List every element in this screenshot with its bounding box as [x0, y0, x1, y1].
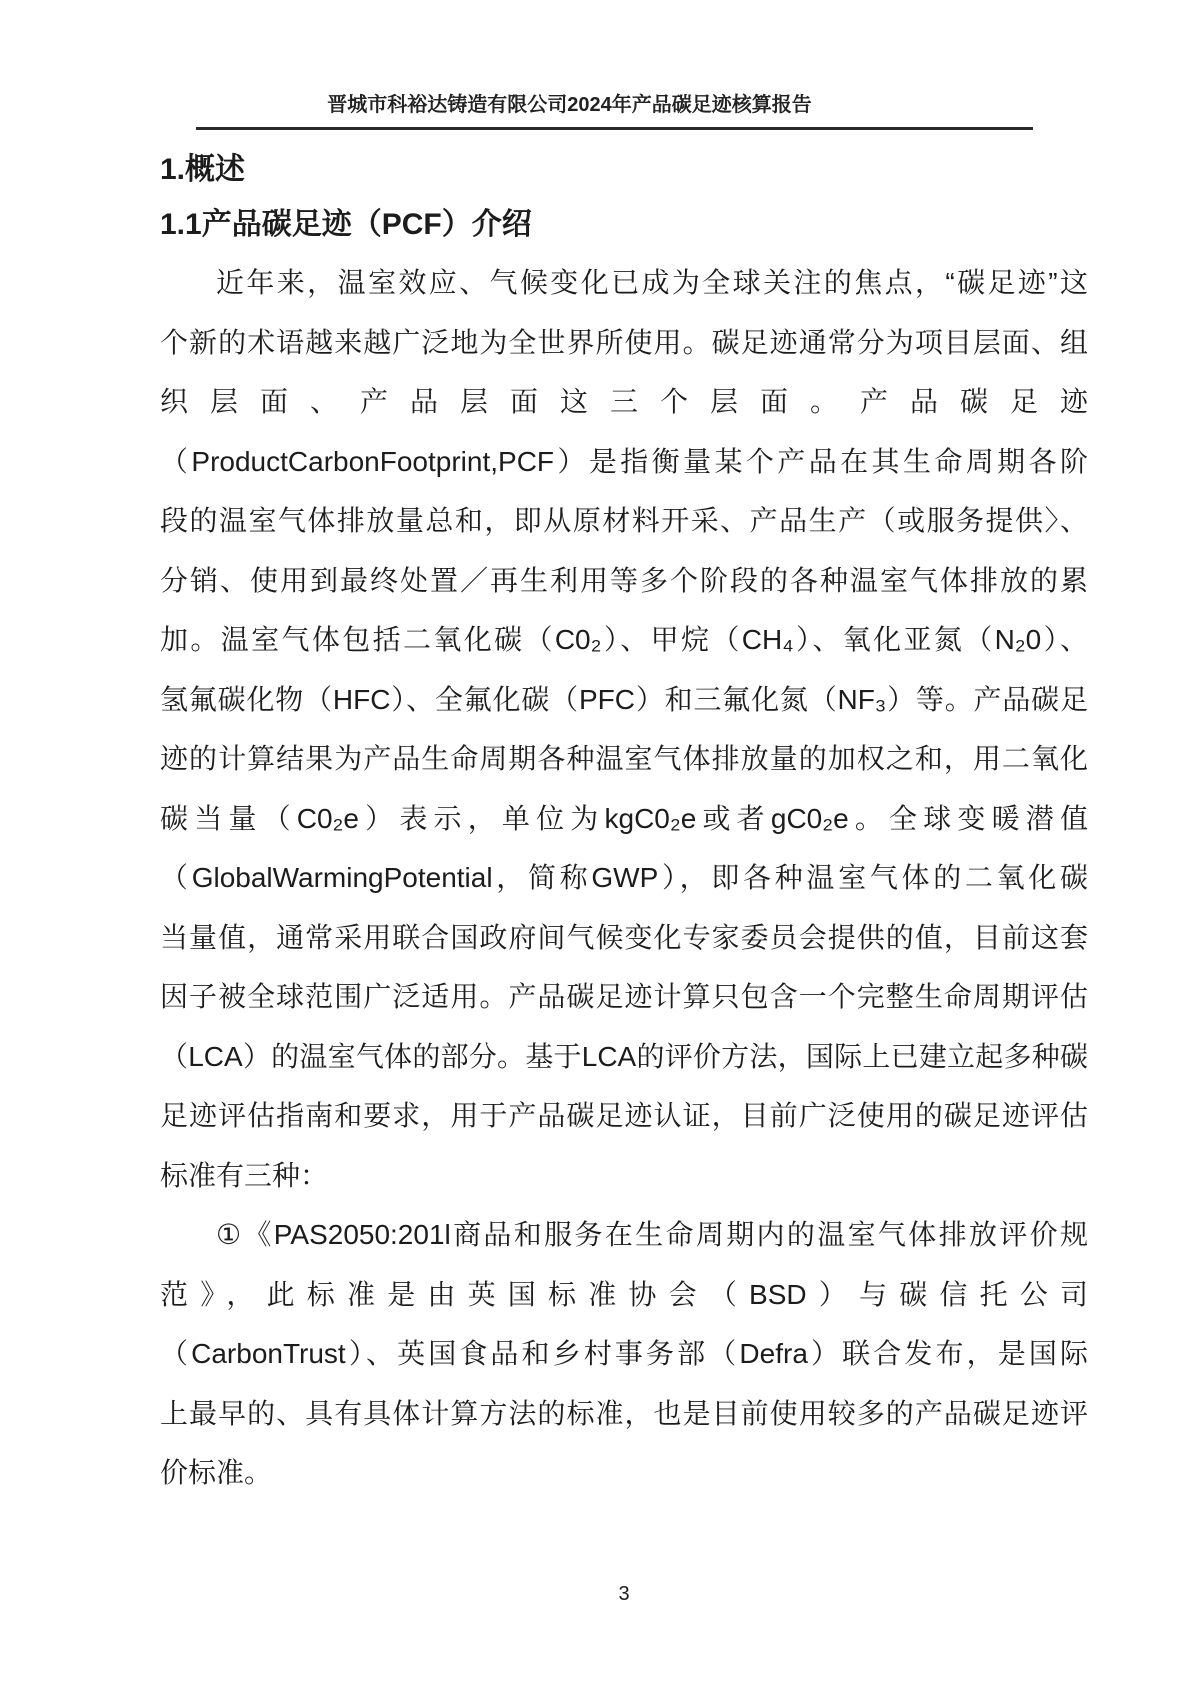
body-line: 因子被全球范围广泛适用。产品碳足迹计算只包含一个完整生命周期评估: [160, 967, 1088, 1027]
body-line: 当量值，通常采用联合国政府间气候变化专家委员会提供的值，目前这套: [160, 908, 1088, 968]
header-title: 晋城市科裕达铸造有限公司2024年产品碳足迹核算报告: [327, 94, 812, 116]
body-line: 迹的计算结果为产品生命周期各种温室气体排放量的加权之和，用二氧化: [160, 729, 1088, 789]
body-line: 加。温室气体包括二氧化碳（C0₂）、甲烷（CH₄）、氧化亚氮（N₂0）、: [160, 610, 1088, 670]
page-number: 3: [160, 1581, 1088, 1607]
body-line: 上最早的、具有具体计算方法的标准，也是目前使用较多的产品碳足迹评: [160, 1384, 1088, 1444]
body-line: ①《PAS2050:201l商品和服务在生命周期内的温室气体排放评价规: [160, 1205, 1088, 1265]
body-line: 范》，此标准是由英国标准协会（BSD）与碳信托公司: [160, 1265, 1088, 1325]
body-line: 近年来，温室效应、气候变化已成为全球关注的焦点，“碳足迹”这: [160, 253, 1088, 313]
body-line: （ProductCarbonFootprint,PCF）是指衡量某个产品在其生命…: [160, 432, 1088, 492]
section-heading: 1.概述: [160, 151, 1088, 189]
page-header: 晋城市科裕达铸造有限公司2024年产品碳足迹核算报告: [196, 0, 1033, 130]
body-line: 分销、使用到最终处置／再生利用等多个阶段的各种温室气体排放的累: [160, 551, 1088, 611]
body-line: 碳当量（C0₂e）表示，单位为kgC0₂e或者gC0₂e。全球变暖潜值: [160, 789, 1088, 849]
report-page: 晋城市科裕达铸造有限公司2024年产品碳足迹核算报告 1.概述 1.1产品碳足迹…: [0, 0, 1190, 1683]
body-line: （LCA）的温室气体的部分。基于LCA的评价方法，国际上已建立起多种碳: [160, 1027, 1088, 1087]
paragraph: 近年来，温室效应、气候变化已成为全球关注的焦点，“碳足迹”这个新的术语越来越广泛…: [160, 253, 1088, 1205]
body-line: （GlobalWarmingPotential，简称GWP），即各种温室气体的二…: [160, 848, 1088, 908]
subsection-heading: 1.1产品碳足迹（PCF）介绍: [160, 206, 1088, 244]
body-line: 氢氟碳化物（HFC）、全氟化碳（PFC）和三氟化氮（NF₃）等。产品碳足: [160, 670, 1088, 730]
body-line: 价标准。: [160, 1443, 1088, 1503]
body-line: （CarbonTrust）、英国食品和乡村事务部（Defra）联合发布，是国际: [160, 1324, 1088, 1384]
body-line: 标准有三种：: [160, 1146, 1088, 1206]
paragraph: ①《PAS2050:201l商品和服务在生命周期内的温室气体排放评价规范》，此标…: [160, 1205, 1088, 1503]
body-line: 足迹评估指南和要求，用于产品碳足迹认证，目前广泛使用的碳足迹评估: [160, 1086, 1088, 1146]
body-line: 段的温室气体排放量总和，即从原材料开采、产品生产（或服务提供〉、: [160, 491, 1088, 551]
body-line: 织层面、产品层面这三个层面。产品碳足迹: [160, 372, 1088, 432]
document-body: 近年来，温室效应、气候变化已成为全球关注的焦点，“碳足迹”这个新的术语越来越广泛…: [160, 253, 1088, 1503]
body-line: 个新的术语越来越广泛地为全世界所使用。碳足迹通常分为项目层面、组: [160, 313, 1088, 373]
